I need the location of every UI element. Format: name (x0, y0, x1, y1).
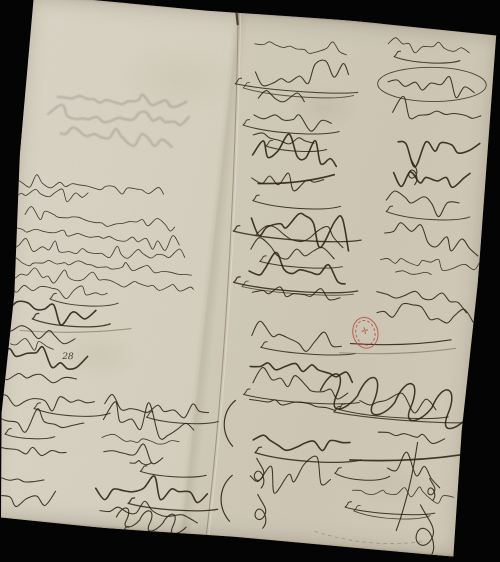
manuscript-sheet: 28 ✛ (0, 0, 500, 557)
handwritten-numerals: 28 (61, 352, 74, 362)
scanned-document: 28 ✛ (0, 0, 500, 562)
handwriting-ink-layer: 28 (0, 0, 500, 557)
legible-fragments: 28 (60, 351, 74, 363)
paper-grain-texture (0, 0, 500, 557)
